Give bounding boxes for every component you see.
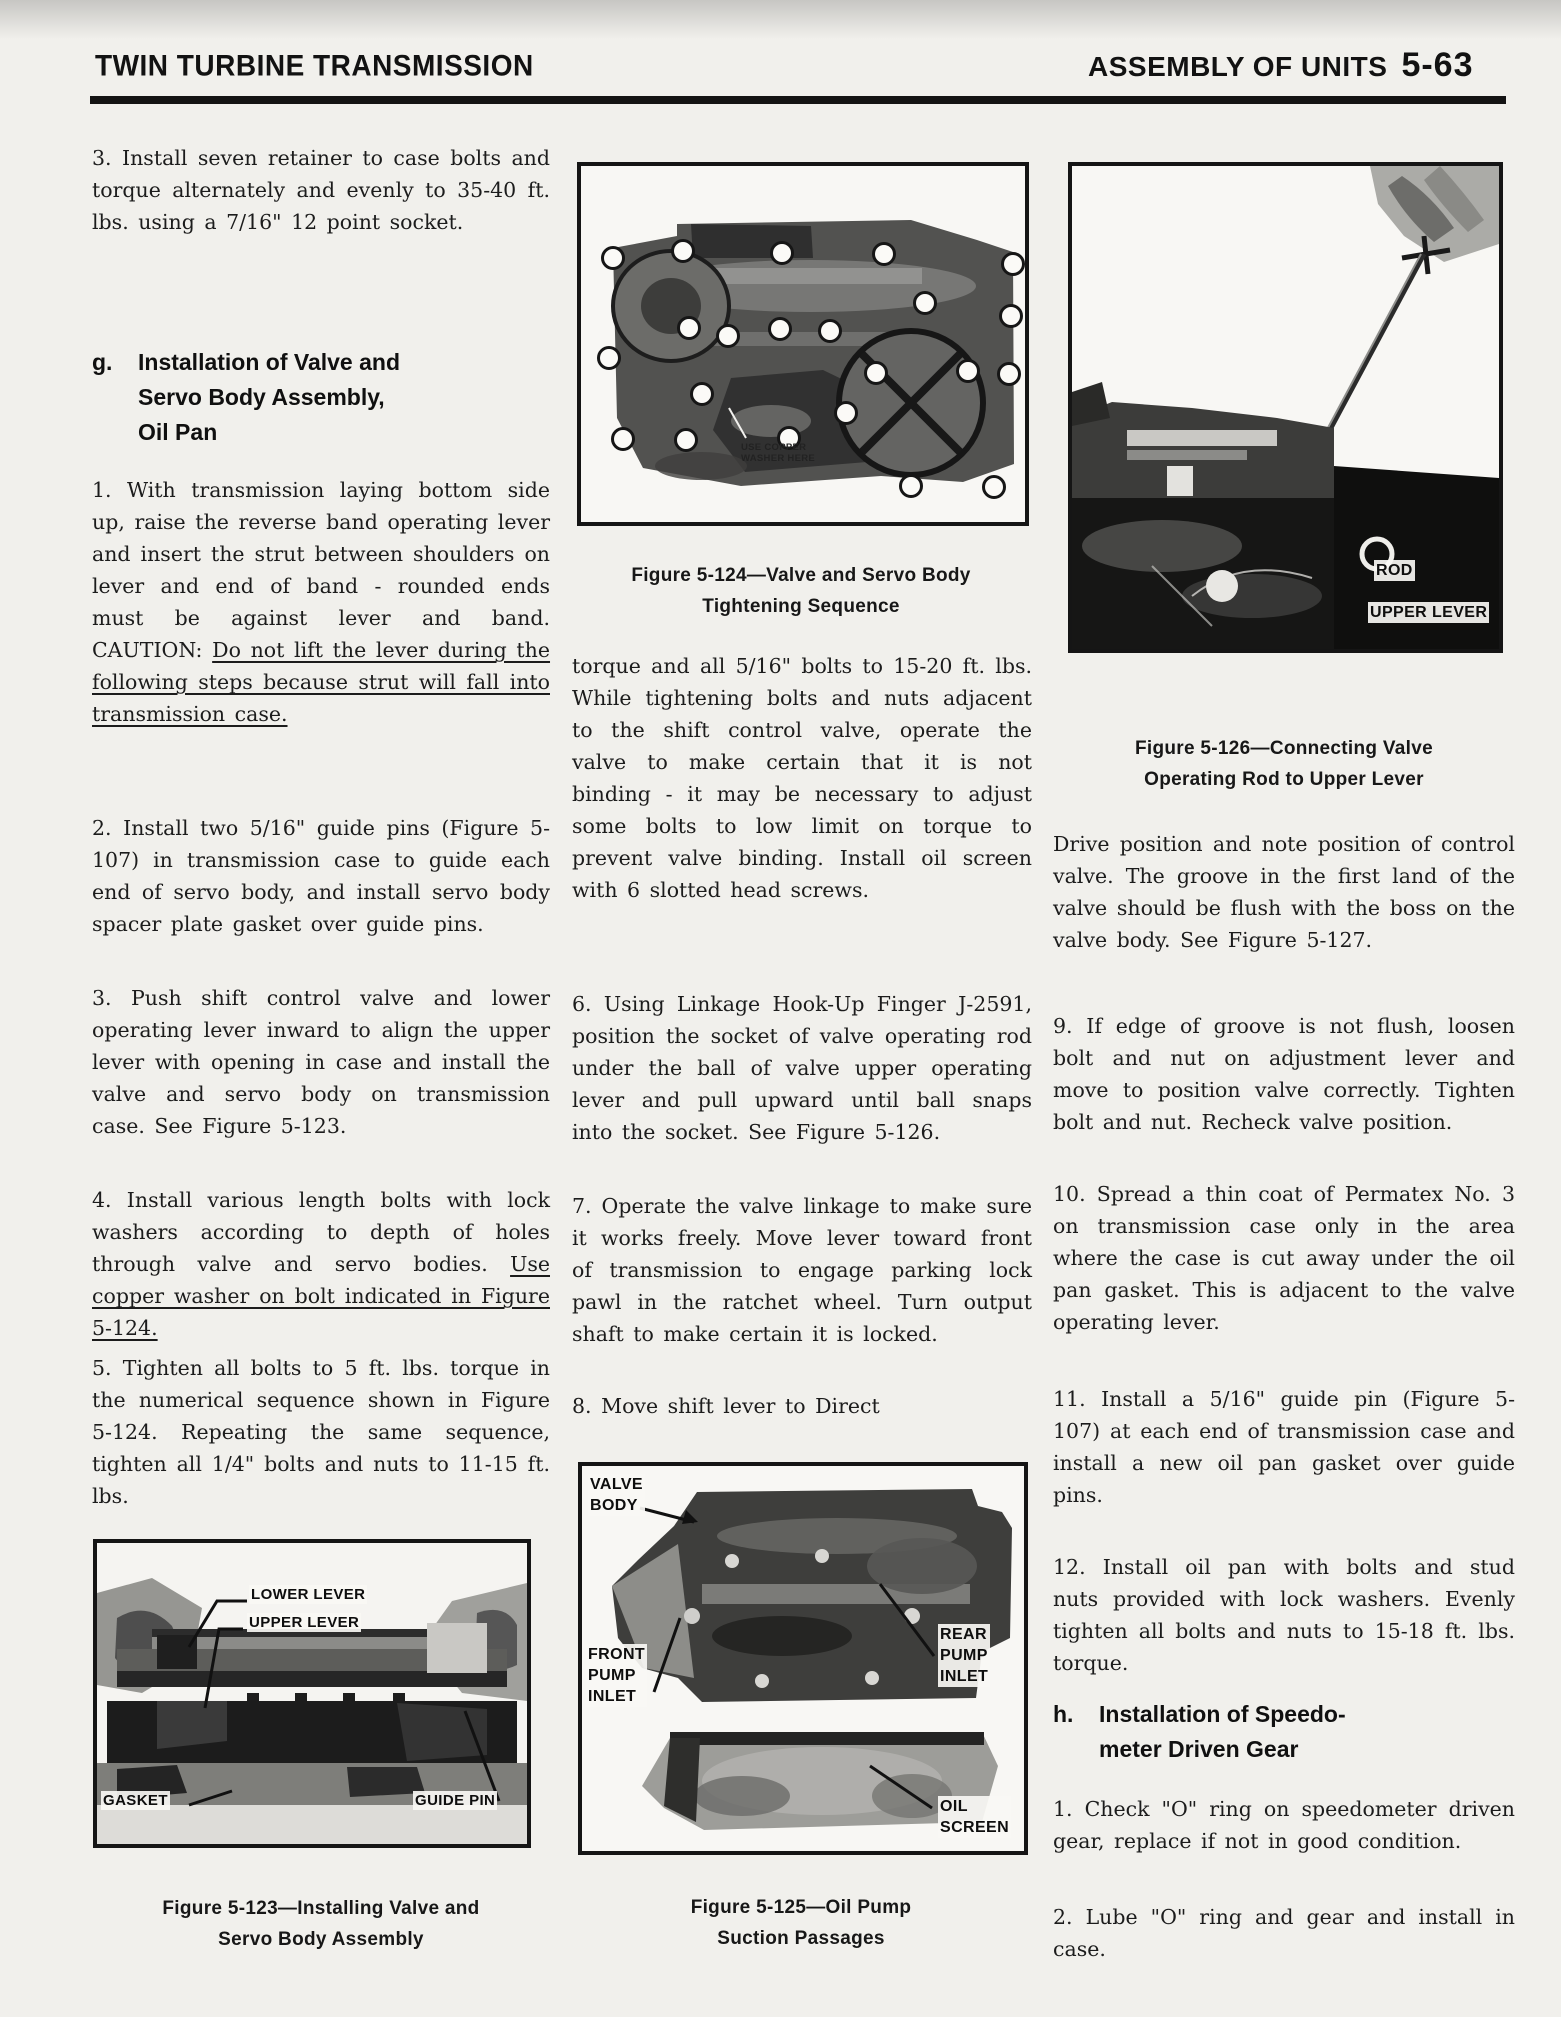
- figure-5-124-photo: USE COPPER WASHER HERE: [577, 162, 1029, 526]
- heading-h: h. Installation of Speedo- meter Driven …: [1053, 1697, 1515, 1767]
- sequence-bolt-marker: [999, 304, 1023, 328]
- sequence-bolt-marker: [690, 382, 714, 406]
- figure-5-125-caption: Figure 5-125—Oil Pump Suction Passages: [572, 1892, 1030, 1954]
- paragraph-step2: 2. Install two 5/16" guide pins (Figure …: [92, 812, 550, 940]
- heading-g-prefix: g.: [92, 345, 138, 450]
- fig126-label-upper-lever: UPPER LEVER: [1368, 602, 1489, 623]
- heading-g: g. Installation of Valve and Servo Body …: [92, 345, 550, 450]
- paragraph-step12: 12. Install oil pan with bolts and stud …: [1053, 1551, 1515, 1679]
- paragraph-step8: 8. Move shift lever to Direct: [572, 1390, 1032, 1422]
- page-header-right: ASSEMBLY OF UNITS 5-63: [1088, 46, 1474, 85]
- fig124-copper-washer-note: USE COPPER WASHER HERE: [741, 442, 815, 464]
- paragraph-step3b: 3. Push shift control valve and lower op…: [92, 982, 550, 1142]
- sequence-bolt-marker: [716, 324, 740, 348]
- figure-5-126-caption: Figure 5-126—Connecting Valve Operating …: [1053, 733, 1515, 795]
- paragraph-step9: 9. If edge of groove is not flush, loose…: [1053, 1010, 1515, 1138]
- sequence-bolt-marker: [601, 246, 625, 270]
- paragraph-h2: 2. Lube "O" ring and gear and install in…: [1053, 1901, 1515, 1965]
- sequence-bolt-marker: [982, 475, 1006, 499]
- fig123-label-lower-lever: LOWER LEVER: [249, 1585, 367, 1604]
- sequence-bolt-marker: [768, 317, 792, 341]
- sequence-bolt-marker: [913, 291, 937, 315]
- figure-5-126-art: [1072, 166, 1499, 649]
- paragraph-step5-continued: torque and all 5/16" bolts to 15-20 ft. …: [572, 650, 1032, 906]
- paragraph-step11: 11. Install a 5/16" guide pin (Figure 5-…: [1053, 1383, 1515, 1511]
- heading-g-text: Installation of Valve and Servo Body Ass…: [138, 345, 550, 450]
- figure-5-125-photo: VALVE BODY FRONT PUMP INLET REAR PUMP IN…: [578, 1462, 1028, 1855]
- header-rule: [90, 96, 1506, 104]
- fig123-label-guide-pin: GUIDE PIN: [413, 1791, 497, 1810]
- sequence-bolt-marker: [770, 241, 794, 265]
- heading-h-prefix: h.: [1053, 1697, 1099, 1767]
- sequence-bolt-marker: [597, 346, 621, 370]
- sequence-bolt-marker: [674, 428, 698, 452]
- paragraph-step10: 10. Spread a thin coat of Permatex No. 3…: [1053, 1178, 1515, 1338]
- paragraph-step6: 6. Using Linkage Hook-Up Finger J-2591, …: [572, 988, 1032, 1148]
- paragraph-h1: 1. Check "O" ring on speedometer driven …: [1053, 1793, 1515, 1857]
- sequence-bolt-marker: [611, 427, 635, 451]
- paragraph-step5: 5. Tighten all bolts to 5 ft. lbs. torqu…: [92, 1352, 550, 1512]
- figure-5-126-photo: ROD UPPER LEVER: [1068, 162, 1503, 653]
- fig125-label-oil-screen: OIL SCREEN: [938, 1796, 1011, 1838]
- sequence-bolt-marker: [834, 401, 858, 425]
- fig125-label-valve-body: VALVE BODY: [588, 1474, 645, 1516]
- paragraph-step1: 1. With transmission laying bottom side …: [92, 474, 550, 730]
- sequence-bolt-marker: [1001, 252, 1025, 276]
- fig123-label-gasket: GASKET: [101, 1791, 170, 1810]
- page-header-section: ASSEMBLY OF UNITS: [1088, 51, 1387, 83]
- figure-5-123-photo: LOWER LEVER UPPER LEVER GASKET GUIDE PIN: [93, 1539, 531, 1848]
- paragraph-step7: 7. Operate the valve linkage to make sur…: [572, 1190, 1032, 1350]
- sequence-bolt-marker: [677, 316, 701, 340]
- figure-5-124-caption: Figure 5-124—Valve and Servo Body Tighte…: [572, 560, 1030, 622]
- fig125-label-front-pump-inlet: FRONT PUMP INLET: [586, 1644, 647, 1707]
- sequence-bolt-marker: [956, 359, 980, 383]
- sequence-bolt-marker: [997, 362, 1021, 386]
- page-header-left: TWIN TURBINE TRANSMISSION: [95, 49, 534, 83]
- fig126-label-rod: ROD: [1374, 560, 1415, 581]
- heading-h-text: Installation of Speedo- meter Driven Gea…: [1099, 1697, 1515, 1767]
- paragraph-step8-continued: Drive position and note position of cont…: [1053, 828, 1515, 956]
- manual-page: TWIN TURBINE TRANSMISSION ASSEMBLY OF UN…: [0, 0, 1561, 2017]
- page-number: 5-63: [1401, 46, 1473, 85]
- sequence-bolt-marker: [818, 319, 842, 343]
- figure-5-123-caption: Figure 5-123—Installing Valve and Servo …: [92, 1893, 550, 1955]
- fig125-label-rear-pump-inlet: REAR PUMP INLET: [938, 1624, 990, 1687]
- paragraph-step3: 3. Install seven retainer to case bolts …: [92, 142, 550, 238]
- sequence-bolt-marker: [899, 474, 923, 498]
- sequence-bolt-marker: [872, 242, 896, 266]
- sequence-bolt-marker: [671, 239, 695, 263]
- paragraph-step4: 4. Install various length bolts with loc…: [92, 1184, 550, 1344]
- figure-5-124-art: [581, 166, 1025, 522]
- sequence-bolt-marker: [864, 361, 888, 385]
- fig123-label-upper-lever: UPPER LEVER: [247, 1613, 361, 1632]
